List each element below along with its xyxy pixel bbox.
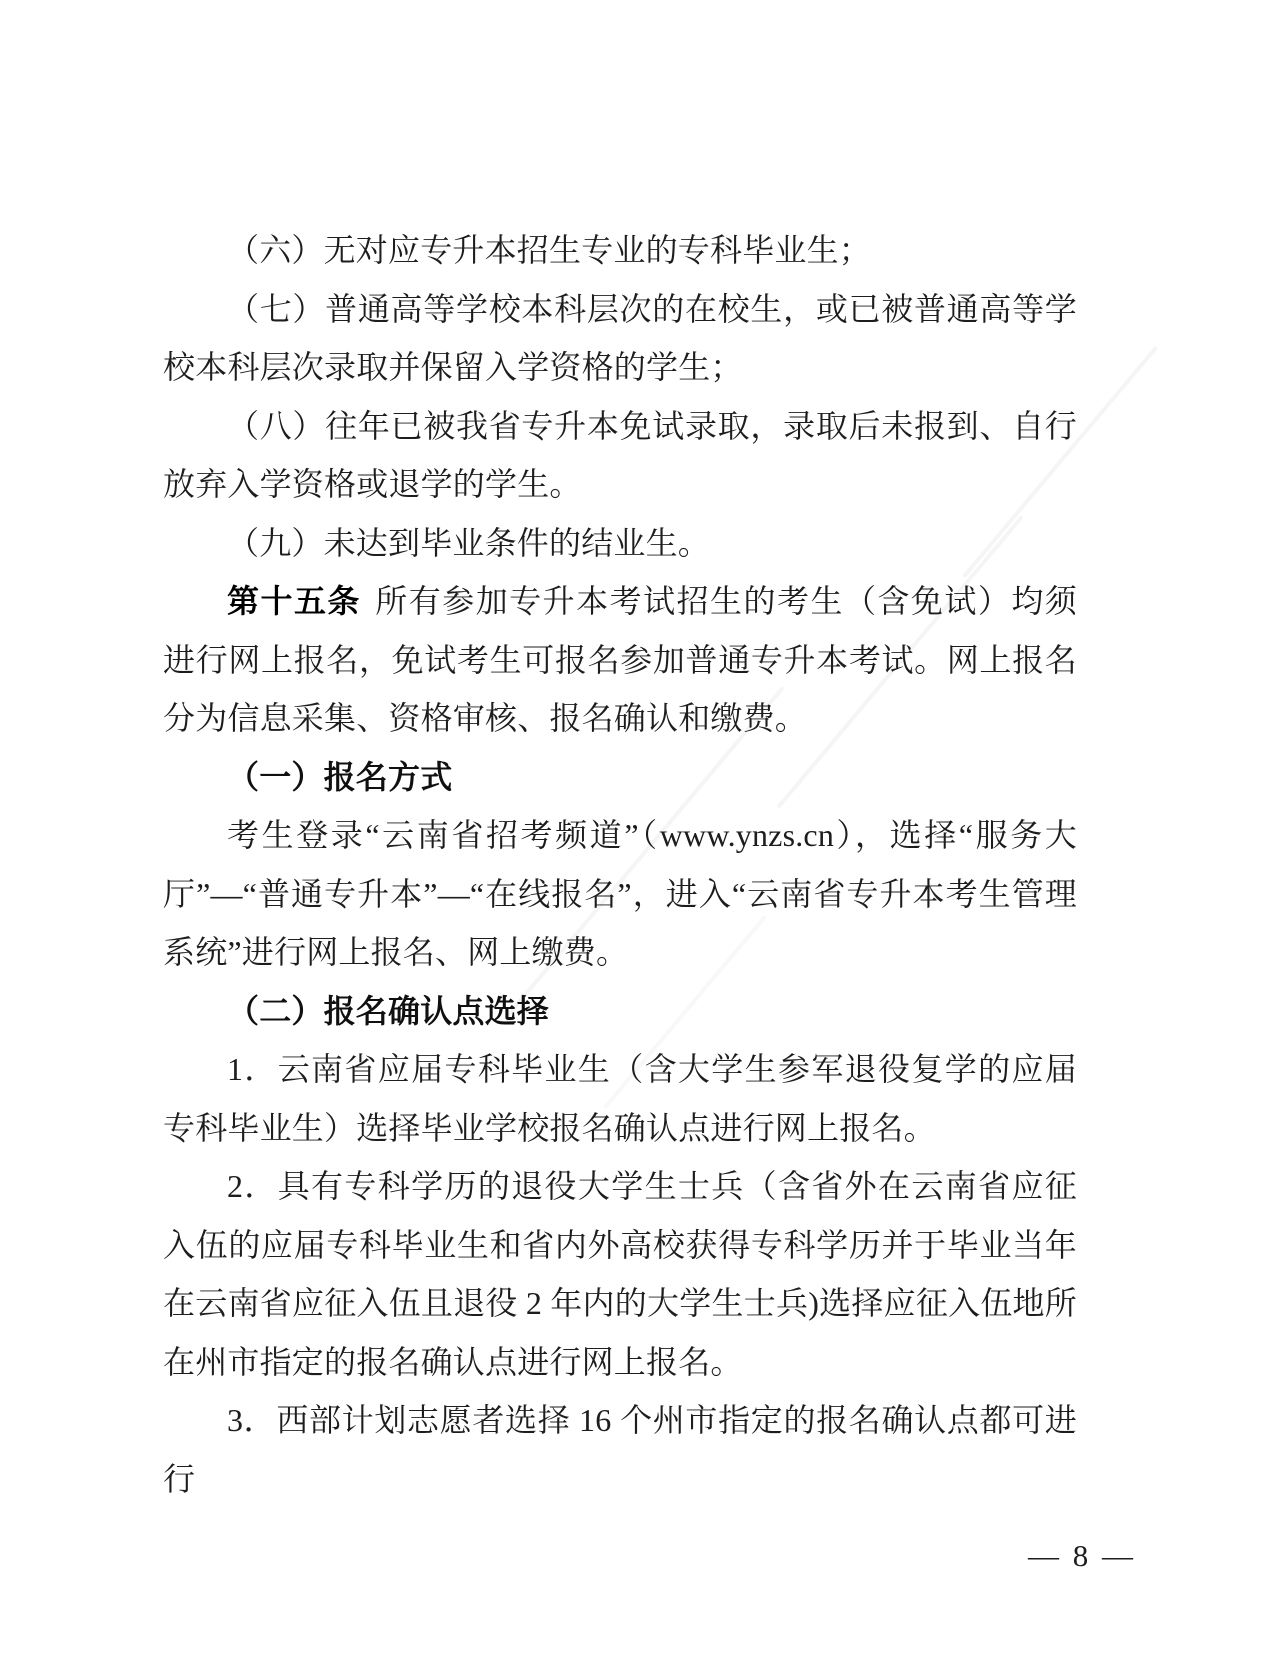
paragraph-item-9: （九）未达到毕业条件的结业生。 <box>163 514 1077 573</box>
paragraph-login-instructions: 考生登录“云南省招考频道”（www.ynzs.cn），选择“服务大厅”—“普通专… <box>163 806 1077 982</box>
paragraph-item-6: （六）无对应专升本招生专业的专科毕业生； <box>163 221 1077 280</box>
document-page: （六）无对应专升本招生专业的专科毕业生； （七）普通高等学校本科层次的在校生，或… <box>0 0 1280 1656</box>
section-heading-2: （二）报名确认点选择 <box>163 982 1077 1041</box>
page-number: — 8 — <box>1028 1538 1136 1574</box>
paragraph-item-8: （八）往年已被我省专升本免试录取，录取后未报到、自行放弃入学资格或退学的学生。 <box>163 397 1077 514</box>
article-number-label: 第十五条 <box>227 583 361 619</box>
paragraph-point-2: 2．具有专科学历的退役大学生士兵（含省外在云南省应征入伍的应届专科毕业生和省内外… <box>163 1157 1077 1391</box>
paragraph-item-7: （七）普通高等学校本科层次的在校生，或已被普通高等学校本科层次录取并保留入学资格… <box>163 280 1077 397</box>
section-heading-1: （一）报名方式 <box>163 748 1077 807</box>
paragraph-point-1: 1．云南省应届专科毕业生（含大学生参军退役复学的应届专科毕业生）选择毕业学校报名… <box>163 1040 1077 1157</box>
paragraph-article-15: 第十五条所有参加专升本考试招生的考生（含免试）均须进行网上报名，免试考生可报名参… <box>163 572 1077 748</box>
paragraph-point-3: 3．西部计划志愿者选择 16 个州市指定的报名确认点都可进行 <box>163 1391 1077 1508</box>
document-body: （六）无对应专升本招生专业的专科毕业生； （七）普通高等学校本科层次的在校生，或… <box>163 221 1077 1508</box>
